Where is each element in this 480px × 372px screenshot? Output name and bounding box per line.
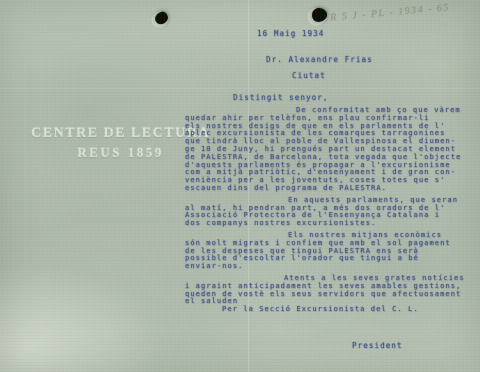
letter-body: De conformitat amb ço que vàremquedar ah… [185, 107, 480, 314]
letter-line: enviar-nos. [185, 263, 480, 271]
letter-paragraph: En aquests parlaments, que seranal matí,… [185, 197, 480, 228]
letter-date: 16 Maig 1934 [257, 30, 324, 38]
closing-line: Per la Secció Excursionista del C. L. [185, 306, 480, 314]
punch-hole-left [154, 11, 170, 26]
letter-paragraph: Atents a les seves grates notíciesi agra… [185, 275, 480, 306]
letter-line: escauen dins del programa de PALESTRA. [185, 185, 480, 193]
scanned-letter-page: R 5 J - PL - 1934 - 65 CENTRE DE LECTURA… [0, 0, 480, 372]
letter-paragraph: De conformitat amb ço que vàremquedar ah… [185, 107, 480, 193]
recipient-name: Dr. Alexandre Frias [266, 56, 373, 64]
punch-hole-right [311, 7, 328, 23]
letter-line: dos companys nostres excursionistes. [185, 220, 480, 228]
salutation: Distingit senyor, [233, 94, 328, 102]
horizontal-fold-crease [0, 88, 480, 90]
recipient-city: Ciutat [292, 72, 326, 80]
letter-paragraph: Els nostres mitjans econòmicssón molt mi… [185, 232, 480, 271]
archival-pencil-note: R 5 J - PL - 1934 - 65 [330, 0, 480, 24]
signature-title: President [352, 342, 403, 350]
